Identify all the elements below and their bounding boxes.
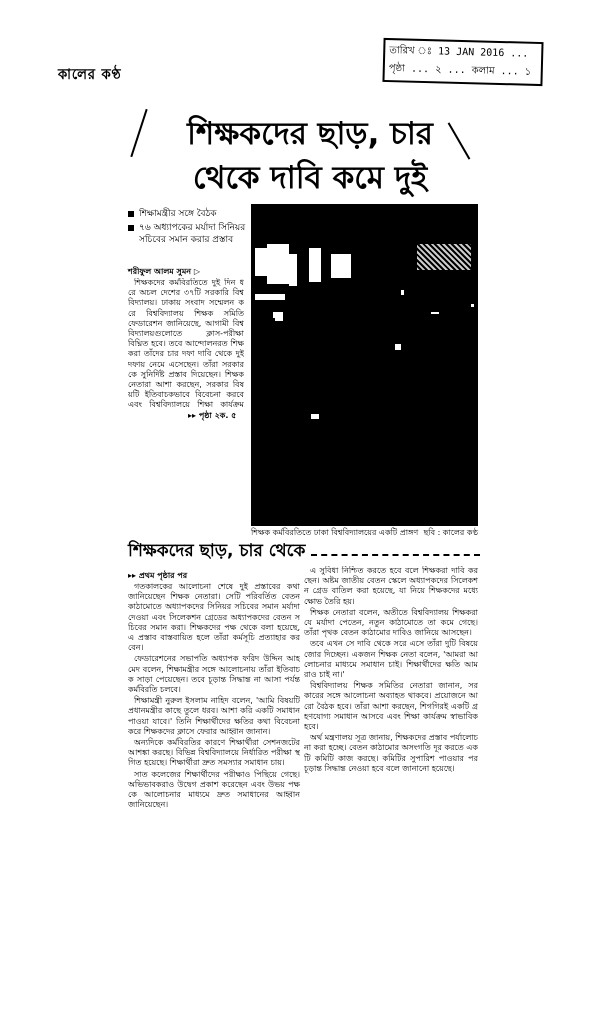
paragraph: শিক্ষক নেতারা বলেন, অতীতে বিশ্ববিদ্যালয়… bbox=[304, 608, 478, 639]
paragraph: তবে এখন সে দাবি থেকে সরে এসে তাঁরা দুটি … bbox=[304, 639, 478, 680]
photo-highlight bbox=[401, 290, 404, 295]
paragraph: গতকালকের আলোচনা শেষে দুই প্রস্তাবের কথা … bbox=[128, 582, 300, 653]
highlight-text: ৭৬ অধ্যাপকের মর্যাদা সিনিয়র সচিবের সমান… bbox=[139, 222, 246, 246]
paragraph: শিক্ষকদের কর্মবিরতিতে দুই দিন ধরে অচল দে… bbox=[128, 278, 244, 410]
paragraph: সাত কলেজের শিক্ষার্থীদের পরীক্ষাও পিছিয়… bbox=[128, 770, 300, 811]
article-headline: শিক্ষকদের ছাড়, চার থেকে দাবি কমে দুই bbox=[140, 112, 480, 200]
date-stamp: তারিখ ঃ 13 JAN 2016 ... পৃষ্ঠা ... ২ ...… bbox=[382, 38, 543, 86]
photo-highlight bbox=[311, 414, 319, 419]
dashed-rule bbox=[311, 554, 480, 556]
article-column-1: শিক্ষকদের কর্মবিরতিতে দুই দিন ধরে অচল দে… bbox=[128, 278, 244, 410]
photo-highlight bbox=[395, 344, 401, 350]
highlight-item: ৭৬ অধ্যাপকের মর্যাদা সিনিয়র সচিবের সমান… bbox=[128, 222, 246, 246]
photo-texture bbox=[417, 244, 471, 270]
photo-highlight bbox=[255, 248, 267, 276]
paragraph: এ সুবিধা নিশ্চিত করতে হবে বলে শিক্ষকরা দ… bbox=[304, 566, 478, 607]
jump-to-page: ▸▸ পৃষ্ঠা ২ক. ৫ bbox=[188, 410, 236, 423]
headline-line-1: শিক্ষকদের ছাড়, চার bbox=[140, 112, 480, 156]
article-column-2: গতকালকের আলোচনা শেষে দুই প্রস্তাবের কথা … bbox=[128, 582, 300, 1014]
article-column-3: এ সুবিধা নিশ্চিত করতে হবে বলে শিক্ষকরা দ… bbox=[304, 566, 478, 1014]
paragraph: অন্যদিকে কর্মবিরতির কারণে শিক্ষার্থীরা স… bbox=[128, 738, 300, 769]
paragraph: বিশ্ববিদ্যালয় শিক্ষক সমিতির নেতারা জানা… bbox=[304, 681, 478, 732]
stamp-page-line: পৃষ্ঠা ... ২ ... কলাম ... ১ ... bbox=[389, 60, 537, 82]
highlight-text: শিক্ষামন্ত্রীর সঙ্গে বৈঠক bbox=[139, 208, 217, 220]
photo-highlight bbox=[471, 304, 474, 307]
article-photo bbox=[251, 204, 478, 526]
highlights-list: শিক্ষামন্ত্রীর সঙ্গে বৈঠক ৭৬ অধ্যাপকের ম… bbox=[128, 208, 246, 248]
bullet-square-icon bbox=[128, 211, 134, 217]
continuation-heading: শিক্ষকদের ছাড়, চার থেকে bbox=[128, 538, 480, 566]
paragraph: অর্থ মন্ত্রণালয় সূত্র জানায়, শিক্ষকদের… bbox=[304, 733, 478, 774]
photo-highlight bbox=[331, 254, 351, 278]
photo-highlight bbox=[289, 254, 297, 286]
continuation-title: শিক্ষকদের ছাড়, চার থেকে bbox=[128, 538, 305, 566]
headline-line-2: থেকে দাবি কমে দুই bbox=[140, 156, 480, 200]
photo-highlight bbox=[431, 312, 439, 314]
newspaper-masthead: কালের কণ্ঠ bbox=[58, 65, 122, 88]
photo-highlight bbox=[273, 312, 283, 318]
photo-highlight bbox=[255, 294, 285, 300]
paragraph: ফেডারেশনের সভাপতি অধ্যাপক ফরিদ উদ্দিন আহ… bbox=[128, 654, 300, 695]
highlight-item: শিক্ষামন্ত্রীর সঙ্গে বৈঠক bbox=[128, 208, 246, 220]
photo-highlight bbox=[309, 248, 321, 282]
photo-highlight bbox=[267, 244, 289, 284]
paragraph: শিক্ষামন্ত্রী নুরুল ইসলাম নাহিদ বলেন, 'আ… bbox=[128, 696, 300, 737]
bullet-square-icon bbox=[128, 225, 134, 231]
